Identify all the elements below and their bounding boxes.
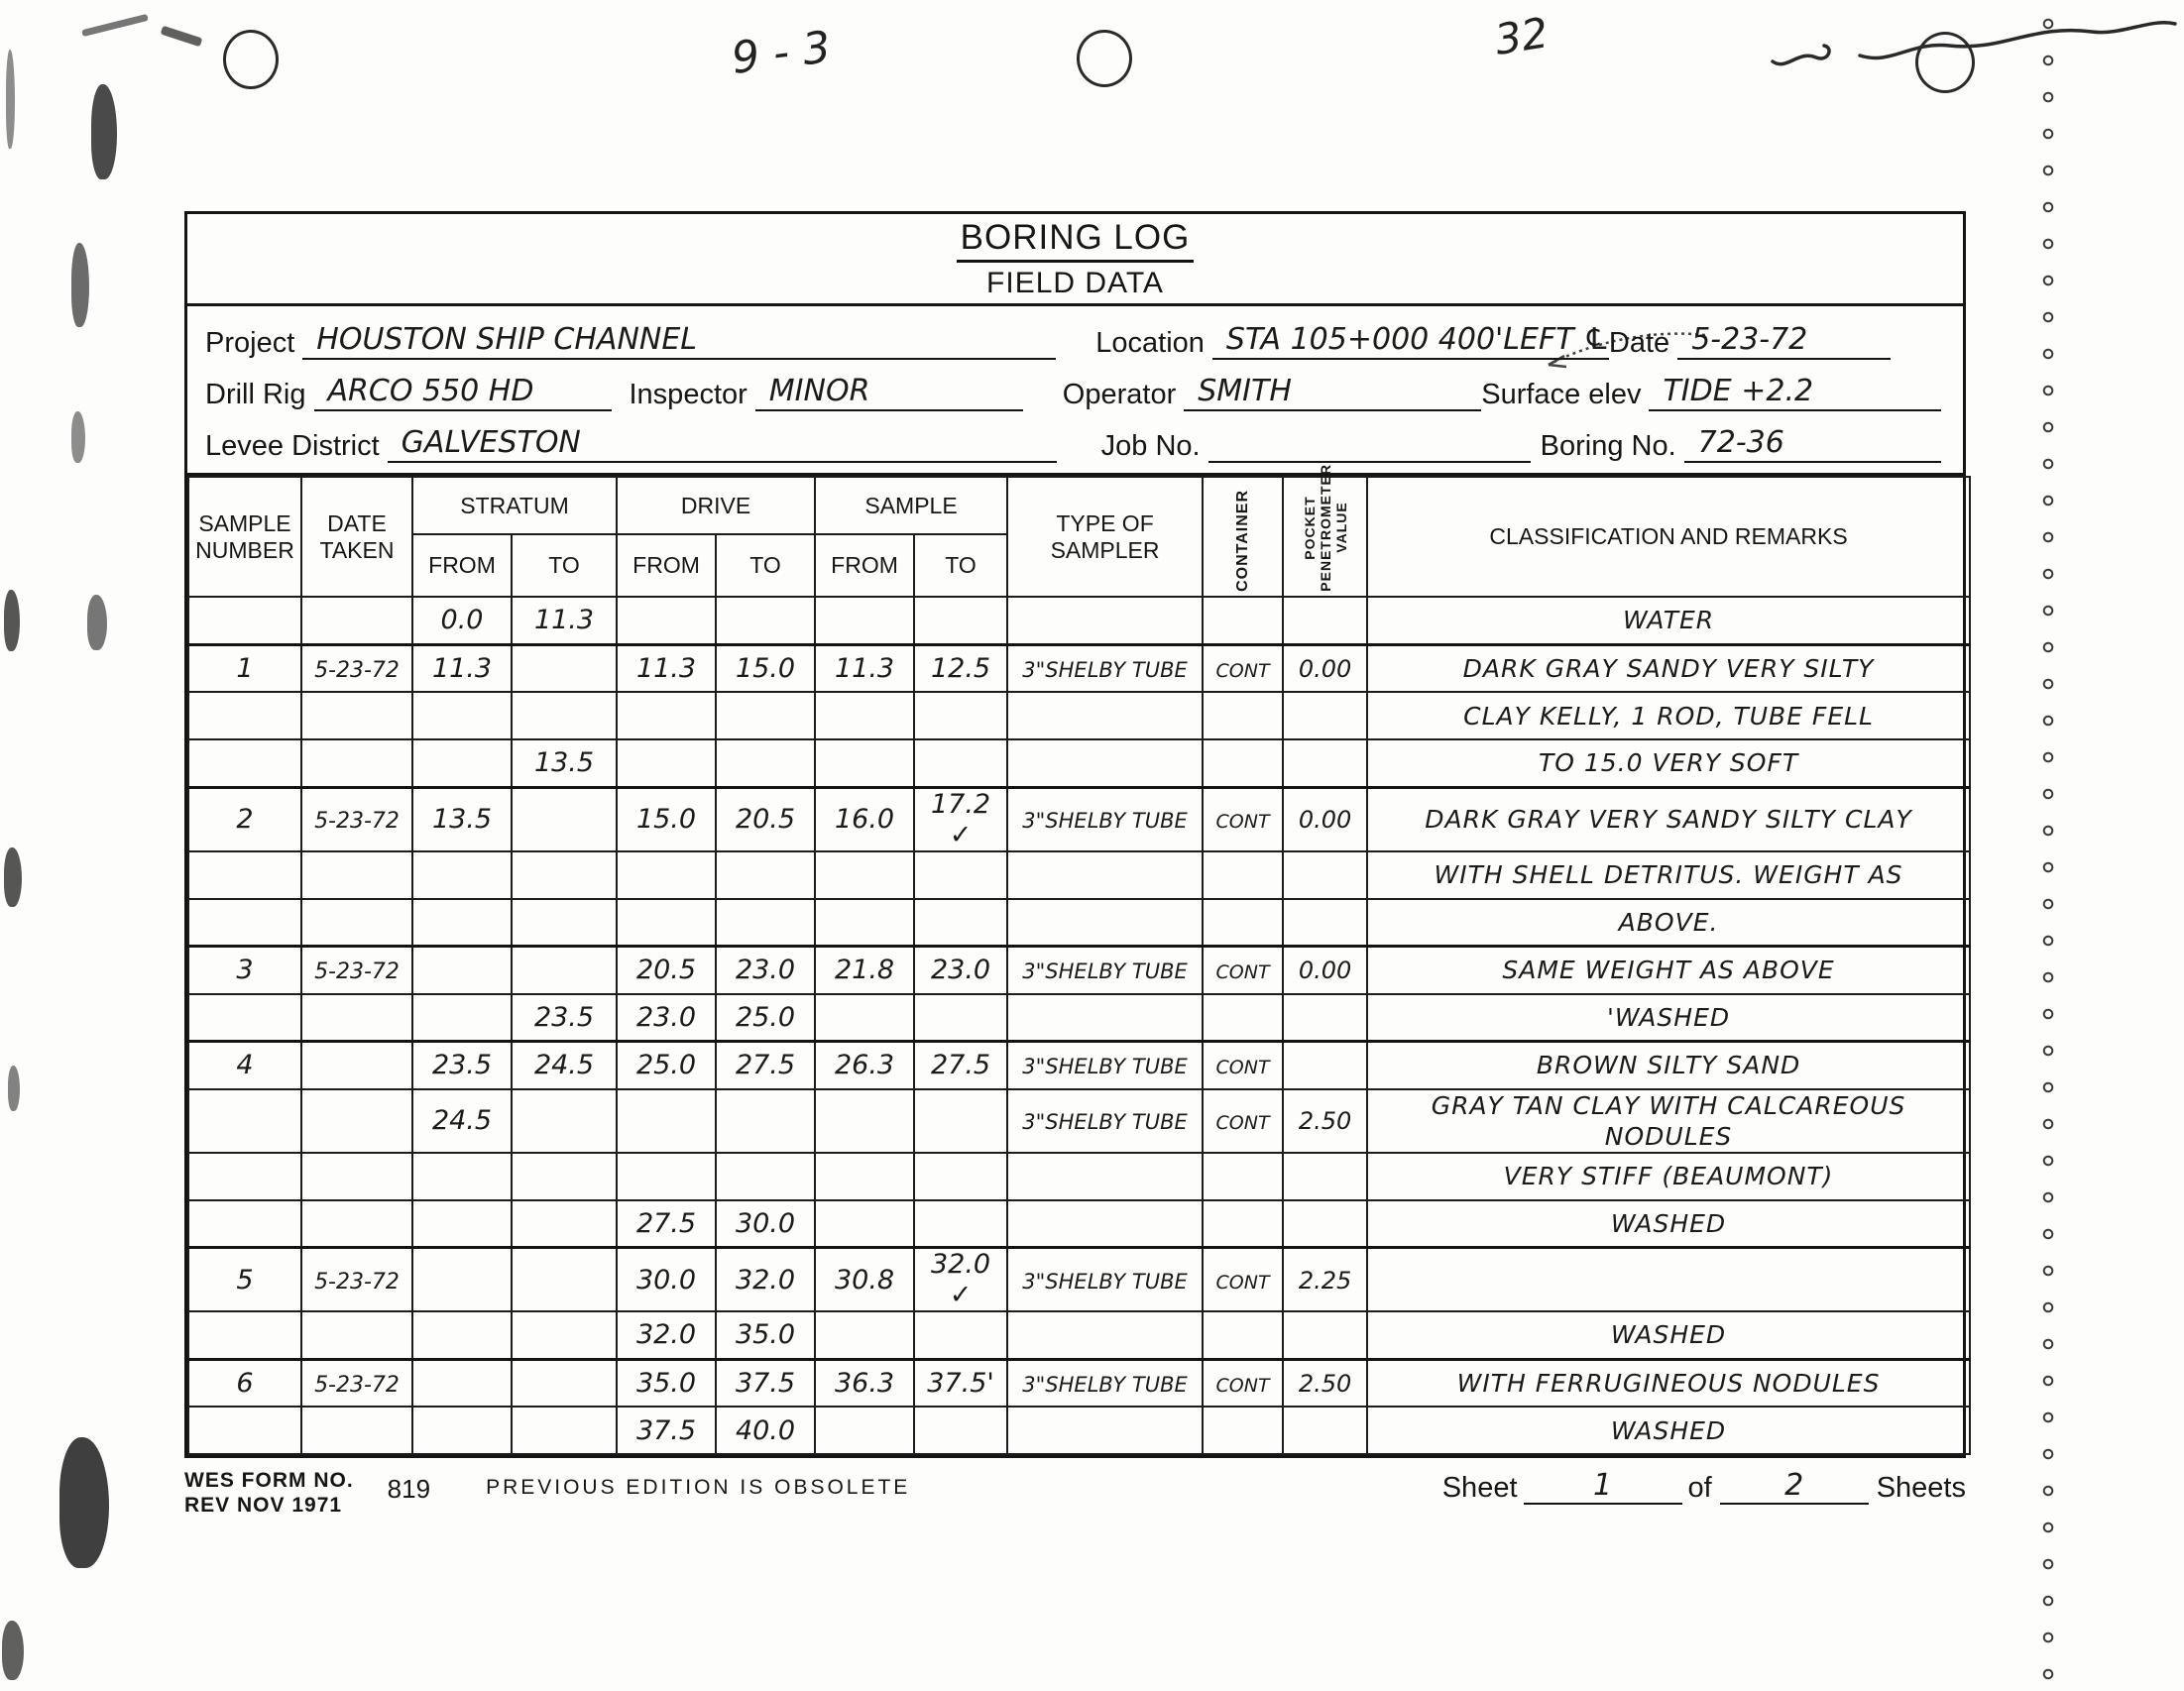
top-center-annotation: 9 - 3 [729,22,833,84]
cell-stratum_from [412,1359,512,1407]
total-sheets-value: 2 [1720,1468,1869,1505]
cell-sample_from [815,739,914,787]
col-header-classification: CLASSIFICATION AND REMARKS [1367,477,1970,597]
handwritten-value: 24.5 [432,1105,492,1136]
cell-date [301,1042,412,1089]
cell-sample_to [914,739,1007,787]
handwritten-value: SAME WEIGHT AS ABOVE [1502,956,1834,984]
scan-artifact [71,411,85,463]
cell-sample_from [815,692,914,739]
cell-sample_to: 27.5 [914,1042,1007,1089]
cell-drive_from: 20.5 [617,947,716,994]
handwritten-value: CONT [1216,1057,1270,1078]
handwritten-value: 35.0 [636,1368,696,1399]
cell-sampler [1007,899,1203,947]
cell-drive_from [617,899,716,947]
cell-stratum_from [412,1153,512,1200]
col-header-stratum-to: TO [512,534,617,597]
cell-sampler: 3"SHELBY TUBE [1007,1042,1203,1089]
cell-pocket [1283,899,1367,947]
handwritten-value: 17.2 ✓ [931,789,990,850]
handwritten-value: 27.5 [736,1050,795,1080]
table-row: 27.530.0 WASHED [188,1200,1970,1248]
cell-classification: 'WASHED [1367,994,1970,1042]
cell-date [301,1153,412,1200]
cell-sample_from: 21.8 [815,947,914,994]
cell-pocket [1283,1200,1367,1248]
col-header-sample: SAMPLE [815,477,1007,534]
cell-sampler [1007,1407,1203,1454]
cell-drive_to: 40.0 [716,1407,815,1454]
handwritten-value: 35.0 [736,1319,795,1350]
handwritten-value: WASHED [1611,1320,1726,1349]
cell-sample_to [914,1153,1007,1200]
scan-artifact [87,595,107,650]
handwritten-value: WASHED [1611,1209,1726,1238]
table-row: 65-23-7235.037.536.337.5'3"SHELBY TUBECO… [188,1359,1970,1407]
col-header-drive: DRIVE [617,477,815,534]
sheet-label: Sheet [1442,1472,1518,1505]
cell-sampler: 3"SHELBY TUBE [1007,947,1203,994]
cell-drive_from [617,851,716,899]
table-row: CLAY KELLY, 1 ROD, TUBE FELL [188,692,1970,739]
cell-date: 5-23-72 [301,787,412,851]
surface-elev-value: TIDE +2.2 [1649,374,1941,411]
cell-stratum_to [512,899,617,947]
cell-container: CONT [1203,787,1283,851]
cell-drive_to [716,692,815,739]
cell-drive_to [716,739,815,787]
cell-sample_no [188,899,301,947]
cell-drive_from: 25.0 [617,1042,716,1089]
cell-container: CONT [1203,947,1283,994]
cell-stratum_to [512,692,617,739]
cell-sampler [1007,1200,1203,1248]
cell-drive_to [716,851,815,899]
handwritten-value: 30.0 [736,1208,795,1239]
cell-stratum_to [512,1200,617,1248]
handwritten-value: 24.5 [534,1050,594,1080]
handwritten-value: 11.3 [534,605,594,635]
cell-stratum_from [412,1311,512,1359]
handwritten-value: 16.0 [835,804,894,835]
cell-container [1203,597,1283,644]
cell-date [301,851,412,899]
handwritten-value: 4 [236,1050,253,1080]
job-no-value [1208,460,1531,463]
cell-pocket [1283,1407,1367,1454]
handwritten-value: 25.0 [636,1050,696,1080]
wes-form-no-line1: WES FORM NO. [184,1468,354,1493]
col-header-date-taken: DATE TAKEN [301,477,412,597]
cell-sample_no [188,597,301,644]
cell-date [301,1200,412,1248]
cell-pocket [1283,692,1367,739]
handwritten-value: CONT [1216,1375,1270,1397]
scan-artifact [59,1437,109,1568]
form-footer: WES FORM NO. REV NOV 1971 819 PREVIOUS E… [184,1468,1966,1518]
cell-classification: WASHED [1367,1200,1970,1248]
handwritten-value: 37.5 [636,1415,696,1446]
cell-drive_to: 30.0 [716,1200,815,1248]
form-number: 819 [388,1474,430,1505]
cell-sample_from [815,1311,914,1359]
handwritten-value: 2.25 [1299,1267,1351,1295]
handwritten-value: 23.0 [931,955,990,985]
handwritten-value: TO 15.0 VERY SOFT [1539,748,1798,777]
cell-stratum_to [512,1153,617,1200]
cell-date [301,1311,412,1359]
handwritten-value: 5-23-72 [314,1373,400,1398]
cell-drive_to: 27.5 [716,1042,815,1089]
drill-rig-label: Drill Rig [205,379,314,411]
cell-drive_from [617,597,716,644]
container-vertical-label: CONTAINER [1233,490,1251,592]
cell-drive_from [617,692,716,739]
cell-drive_from: 35.0 [617,1359,716,1407]
handwritten-value: ABOVE. [1619,908,1719,937]
cell-sample_from: 26.3 [815,1042,914,1089]
boring-no-value: 72-36 [1684,425,1941,463]
handwritten-value: 32.0 [636,1319,696,1350]
col-header-type-of-sampler: TYPE OF SAMPLER [1007,477,1203,597]
handwritten-value: 20.5 [636,955,696,985]
cell-date [301,597,412,644]
cell-stratum_to [512,947,617,994]
cell-sample_no: 1 [188,644,301,692]
form-subtitle: FIELD DATA [986,267,1164,300]
handwritten-value: CONT [1216,811,1270,833]
cell-date [301,739,412,787]
cell-drive_to [716,597,815,644]
cell-date [301,899,412,947]
handwritten-value: 26.3 [835,1050,894,1080]
cell-sample_to [914,899,1007,947]
cell-stratum_to: 11.3 [512,597,617,644]
cell-stratum_from [412,851,512,899]
handwritten-value: 11.3 [835,653,894,684]
levee-district-value: GALVESTON [388,425,1057,463]
cell-sample_from [815,597,914,644]
surface-elev-label: Surface elev [1481,379,1649,411]
table-row: 0.011.3WATER [188,597,1970,644]
cell-date: 5-23-72 [301,644,412,692]
cell-sampler [1007,597,1203,644]
boring-table-body: 0.011.3WATER15-23-7211.311.315.011.312.5… [188,597,1970,1454]
table-row: 423.524.525.027.526.327.53"SHELBY TUBECO… [188,1042,1970,1089]
cell-sample_no [188,1311,301,1359]
cell-sample_no [188,851,301,899]
cell-container [1203,851,1283,899]
table-row: 13.5TO 15.0 VERY SOFT [188,739,1970,787]
cell-stratum_to: 13.5 [512,739,617,787]
handwritten-value: WITH SHELL DETRITUS. WEIGHT AS [1435,860,1903,889]
cell-drive_to: 32.0 [716,1248,815,1312]
date-value: 5-23-72 [1677,322,1891,360]
cell-sampler [1007,1153,1203,1200]
handwritten-value: 27.5 [931,1050,990,1080]
cell-drive_to [716,899,815,947]
cell-container: CONT [1203,1248,1283,1312]
handwritten-value: 13.5 [432,804,492,835]
handwritten-value: 23.0 [636,1002,696,1033]
cell-classification: CLAY KELLY, 1 ROD, TUBE FELL [1367,692,1970,739]
cell-stratum_to [512,787,617,851]
handwritten-value: 3"SHELBY TUBE [1022,1373,1188,1397]
cell-drive_to: 15.0 [716,644,815,692]
cell-drive_from: 30.0 [617,1248,716,1312]
cell-sample_from [815,851,914,899]
cell-pocket [1283,1153,1367,1200]
table-row: WITH SHELL DETRITUS. WEIGHT AS [188,851,1970,899]
obsolete-note: PREVIOUS EDITION IS OBSOLETE [486,1476,910,1500]
cell-sample_to [914,1311,1007,1359]
cell-stratum_from [412,1407,512,1454]
boring-log-form: BORING LOG FIELD DATA Project HOUSTON SH… [184,211,1966,1518]
of-label: of [1688,1472,1712,1505]
cell-classification: WITH FERRUGINEOUS NODULES [1367,1359,1970,1407]
cell-stratum_from: 0.0 [412,597,512,644]
table-row: 24.53"SHELBY TUBECONT2.50GRAY TAN CLAY W… [188,1089,1970,1153]
cell-pocket [1283,597,1367,644]
handwritten-value: 5 [236,1265,253,1296]
handwritten-value: 37.5' [927,1368,994,1399]
handwritten-value: 3"SHELBY TUBE [1022,959,1188,983]
cell-stratum_from [412,994,512,1042]
col-header-container: CONTAINER [1203,477,1283,597]
cell-sampler [1007,692,1203,739]
table-row: 23.523.025.0'WASHED [188,994,1970,1042]
cell-sample_from [815,994,914,1042]
cell-drive_from [617,1153,716,1200]
cell-sampler [1007,739,1203,787]
job-no-label: Job No. [1101,430,1208,463]
table-row: ABOVE. [188,899,1970,947]
handwritten-value: 2.50 [1299,1370,1351,1398]
handwritten-value: DARK GRAY SANDY VERY SILTY [1463,654,1875,683]
handwritten-value: 15.0 [636,804,696,835]
cell-drive_from: 27.5 [617,1200,716,1248]
cell-classification: DARK GRAY VERY SANDY SILTY CLAY [1367,787,1970,851]
cell-sample_from [815,1200,914,1248]
cell-drive_to: 20.5 [716,787,815,851]
cell-classification: GRAY TAN CLAY WITH CALCAREOUS NODULES [1367,1089,1970,1153]
scan-artifact [2,1621,24,1680]
handwritten-value: 32.0 ✓ [931,1249,990,1310]
cell-container: CONT [1203,1359,1283,1407]
cell-classification [1367,1248,1970,1312]
handwritten-value: 30.8 [835,1265,894,1296]
cell-pocket: 2.50 [1283,1089,1367,1153]
handwritten-value: 32.0 [736,1265,795,1296]
cell-drive_from: 37.5 [617,1407,716,1454]
cell-container [1203,739,1283,787]
cell-sampler: 3"SHELBY TUBE [1007,1359,1203,1407]
cell-stratum_from [412,899,512,947]
handwritten-value: 5-23-72 [314,809,400,834]
handwritten-value: BROWN SILTY SAND [1537,1051,1800,1079]
handwritten-value: 2 [236,804,253,835]
col-header-drive-from: FROM [617,534,716,597]
cell-sample_from: 16.0 [815,787,914,851]
handwritten-value: CONT [1216,1272,1270,1294]
col-header-pocket-penetrometer: POCKET PENETROMETER VALUE [1283,477,1367,597]
handwritten-value: WASHED [1611,1416,1726,1445]
handwritten-value: 23.0 [736,955,795,985]
scan-artifact [6,50,15,149]
handwritten-value: DARK GRAY VERY SANDY SILTY CLAY [1425,805,1911,834]
cell-sample_from [815,1153,914,1200]
cell-sample_to: 32.0 ✓ [914,1248,1007,1312]
handwritten-value: 3"SHELBY TUBE [1022,1270,1188,1294]
handwritten-value: 12.5 [931,653,990,684]
punch-hole [223,30,279,89]
sheet-number-value: 1 [1524,1468,1682,1505]
cell-classification: WASHED [1367,1407,1970,1454]
cell-stratum_from [412,947,512,994]
table-row: 15-23-7211.311.315.011.312.53"SHELBY TUB… [188,644,1970,692]
cell-stratum_from [412,739,512,787]
col-header-drive-to: TO [716,534,815,597]
cell-sample_no: 2 [188,787,301,851]
handwritten-value: 2.50 [1299,1107,1351,1135]
cell-stratum_to [512,1248,617,1312]
cell-sample_no: 4 [188,1042,301,1089]
cell-stratum_to [512,1359,617,1407]
cell-sample_from: 11.3 [815,644,914,692]
handwritten-value: 5-23-72 [314,658,400,683]
handwritten-value: 1 [236,653,253,684]
operator-value: SMITH [1184,374,1481,411]
cell-sampler [1007,1311,1203,1359]
handwritten-value: WITH FERRUGINEOUS NODULES [1457,1369,1881,1398]
info-block: Project HOUSTON SHIP CHANNEL Location ST… [187,306,1963,476]
col-header-stratum-from: FROM [412,534,512,597]
location-label: Location [1095,327,1212,360]
handwritten-value: 37.5 [736,1368,795,1399]
cell-date [301,1407,412,1454]
cell-container [1203,1153,1283,1200]
handwritten-value: CONT [1216,1112,1270,1134]
cell-classification: TO 15.0 VERY SOFT [1367,739,1970,787]
handwritten-value: CONT [1216,961,1270,983]
handwritten-value: 3 [236,955,253,985]
cell-sample_no [188,1089,301,1153]
cell-sample_to: 12.5 [914,644,1007,692]
cell-classification: WASHED [1367,1311,1970,1359]
cell-sampler: 3"SHELBY TUBE [1007,787,1203,851]
inspector-value: MINOR [755,374,1023,411]
cell-pocket: 2.25 [1283,1248,1367,1312]
handwritten-value: CONT [1216,660,1270,682]
col-header-sample-from: FROM [815,534,914,597]
cell-sample_to [914,1407,1007,1454]
cell-pocket [1283,851,1367,899]
handwritten-value: 0.0 [441,605,484,635]
date-label: Date [1609,327,1677,360]
cell-sample_from: 30.8 [815,1248,914,1312]
drill-rig-value: ARCO 550 HD [314,374,612,411]
cell-drive_from [617,739,716,787]
cell-date: 5-23-72 [301,1248,412,1312]
cell-pocket [1283,994,1367,1042]
cell-drive_from: 11.3 [617,644,716,692]
handwritten-value: 23.5 [534,1002,594,1033]
col-header-sample-to: TO [914,534,1007,597]
cell-sample_from [815,1407,914,1454]
cell-classification: SAME WEIGHT AS ABOVE [1367,947,1970,994]
cell-drive_from: 23.0 [617,994,716,1042]
handwritten-value: 15.0 [736,653,795,684]
handwritten-value: 25.0 [736,1002,795,1033]
cell-sample_no [188,1407,301,1454]
scan-artifact [91,84,117,179]
table-row: VERY STIFF (BEAUMONT) [188,1153,1970,1200]
cell-container [1203,692,1283,739]
scan-artifact [8,1066,20,1111]
top-right-annotation: 32 [1491,8,1551,64]
handwritten-value: WATER [1623,606,1714,634]
cell-container [1203,1311,1283,1359]
handwritten-value: 21.8 [835,955,894,985]
handwritten-value: 11.3 [636,653,696,684]
scanned-boring-log-page: 9 - 3 32 BORING LOG FIELD DATA Project H… [0,0,2184,1691]
cell-pocket: 2.50 [1283,1359,1367,1407]
cell-pocket: 0.00 [1283,787,1367,851]
cell-sample_no [188,739,301,787]
cell-stratum_to [512,1407,617,1454]
cell-container [1203,1407,1283,1454]
cell-sample_to [914,597,1007,644]
cell-sample_to: 37.5' [914,1359,1007,1407]
handwritten-value: 6 [236,1368,253,1399]
handwritten-value: 20.5 [736,804,795,835]
cell-pocket [1283,739,1367,787]
scan-artifact [161,26,203,48]
cell-container: CONT [1203,1089,1283,1153]
cell-sample_to [914,1089,1007,1153]
scan-artifact [4,847,22,907]
cell-sample_to [914,692,1007,739]
col-header-stratum: STRATUM [412,477,617,534]
cell-sample_no [188,994,301,1042]
cell-classification: WATER [1367,597,1970,644]
cell-sampler: 3"SHELBY TUBE [1007,644,1203,692]
handwritten-value: 0.00 [1299,957,1351,984]
cell-stratum_to [512,1311,617,1359]
cell-container [1203,994,1283,1042]
cell-pocket [1283,1311,1367,1359]
scan-artifact [81,14,149,37]
cell-sample_no: 6 [188,1359,301,1407]
cell-drive_to: 25.0 [716,994,815,1042]
cell-drive_to: 37.5 [716,1359,815,1407]
cell-sampler [1007,994,1203,1042]
cell-drive_from [617,1089,716,1153]
col-header-sample-number: SAMPLE NUMBER [188,477,301,597]
cell-sample_no: 5 [188,1248,301,1312]
table-row: 55-23-7230.032.030.832.0 ✓3"SHELBY TUBEC… [188,1248,1970,1312]
cell-stratum_to [512,851,617,899]
cell-sample_from: 36.3 [815,1359,914,1407]
cell-stratum_from: 11.3 [412,644,512,692]
handwritten-value: 13.5 [534,747,594,778]
handwritten-value: 11.3 [432,653,492,684]
levee-district-label: Levee District [205,430,388,463]
cell-drive_to [716,1153,815,1200]
cell-classification: DARK GRAY SANDY VERY SILTY [1367,644,1970,692]
table-row: 37.540.0 WASHED [188,1407,1970,1454]
